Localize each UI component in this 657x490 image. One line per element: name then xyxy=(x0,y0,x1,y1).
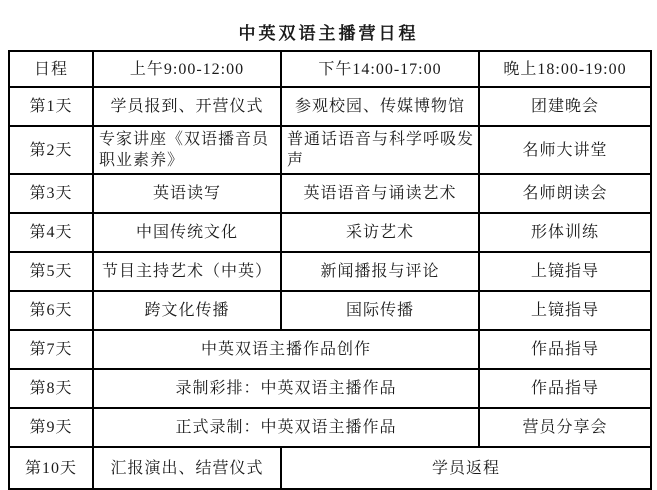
schedule-cell: 录制彩排：中英双语主播作品 xyxy=(93,369,479,408)
schedule-cell: 英语语音与诵读艺术 xyxy=(281,174,479,213)
day-cell: 第2天 xyxy=(9,126,93,174)
schedule-cell: 上镜指导 xyxy=(479,252,651,291)
schedule-cell: 学员返程 xyxy=(281,447,651,489)
table-row: 第1天学员报到、开营仪式参观校园、传媒博物馆团建晚会 xyxy=(9,87,651,126)
table-row: 第2天专家讲座《双语播音员职业素养》普通话语音与科学呼吸发声名师大讲堂 xyxy=(9,126,651,174)
day-cell: 第6天 xyxy=(9,291,93,330)
schedule-table: 日程 上午9:00-12:00 下午14:00-17:00 晚上18:00-19… xyxy=(8,50,652,490)
table-row: 第7天中英双语主播作品创作作品指导 xyxy=(9,330,651,369)
schedule-header: 日程 上午9:00-12:00 下午14:00-17:00 晚上18:00-19… xyxy=(9,51,651,87)
schedule-cell: 上镜指导 xyxy=(479,291,651,330)
schedule-cell: 采访艺术 xyxy=(281,213,479,252)
table-row: 第9天正式录制：中英双语主播作品营员分享会 xyxy=(9,408,651,447)
header-cell-evening: 晚上18:00-19:00 xyxy=(479,51,651,87)
schedule-cell: 作品指导 xyxy=(479,369,651,408)
header-row: 日程 上午9:00-12:00 下午14:00-17:00 晚上18:00-19… xyxy=(9,51,651,87)
schedule-cell: 普通话语音与科学呼吸发声 xyxy=(281,126,479,174)
table-row: 第5天节目主持艺术（中英）新闻播报与评论上镜指导 xyxy=(9,252,651,291)
page-title: 中英双语主播营日程 xyxy=(0,19,657,44)
schedule-cell: 学员报到、开营仪式 xyxy=(93,87,281,126)
schedule-cell: 名师朗读会 xyxy=(479,174,651,213)
schedule-cell: 新闻播报与评论 xyxy=(281,252,479,291)
schedule-cell: 节目主持艺术（中英） xyxy=(93,252,281,291)
schedule-body: 第1天学员报到、开营仪式参观校园、传媒博物馆团建晚会第2天专家讲座《双语播音员职… xyxy=(9,87,651,489)
schedule-cell: 参观校园、传媒博物馆 xyxy=(281,87,479,126)
schedule-cell: 国际传播 xyxy=(281,291,479,330)
schedule-cell: 中国传统文化 xyxy=(93,213,281,252)
schedule-cell: 跨文化传播 xyxy=(93,291,281,330)
schedule-cell: 英语读写 xyxy=(93,174,281,213)
day-cell: 第4天 xyxy=(9,213,93,252)
schedule-cell: 专家讲座《双语播音员职业素养》 xyxy=(93,126,281,174)
schedule-cell: 形体训练 xyxy=(479,213,651,252)
day-cell: 第5天 xyxy=(9,252,93,291)
schedule-cell: 名师大讲堂 xyxy=(479,126,651,174)
day-cell: 第9天 xyxy=(9,408,93,447)
header-cell-afternoon: 下午14:00-17:00 xyxy=(281,51,479,87)
header-cell-day: 日程 xyxy=(9,51,93,87)
day-cell: 第7天 xyxy=(9,330,93,369)
table-row: 第8天录制彩排：中英双语主播作品作品指导 xyxy=(9,369,651,408)
schedule-cell: 作品指导 xyxy=(479,330,651,369)
schedule-cell: 汇报演出、结营仪式 xyxy=(93,447,281,489)
day-cell: 第1天 xyxy=(9,87,93,126)
schedule-cell: 正式录制：中英双语主播作品 xyxy=(93,408,479,447)
day-cell: 第10天 xyxy=(9,447,93,489)
header-cell-morning: 上午9:00-12:00 xyxy=(93,51,281,87)
table-row: 第3天英语读写英语语音与诵读艺术名师朗读会 xyxy=(9,174,651,213)
schedule-cell: 团建晚会 xyxy=(479,87,651,126)
table-row: 第10天汇报演出、结营仪式学员返程 xyxy=(9,447,651,489)
schedule-cell: 营员分享会 xyxy=(479,408,651,447)
table-row: 第4天中国传统文化采访艺术形体训练 xyxy=(9,213,651,252)
day-cell: 第8天 xyxy=(9,369,93,408)
day-cell: 第3天 xyxy=(9,174,93,213)
table-row: 第6天跨文化传播国际传播上镜指导 xyxy=(9,291,651,330)
schedule-cell: 中英双语主播作品创作 xyxy=(93,330,479,369)
